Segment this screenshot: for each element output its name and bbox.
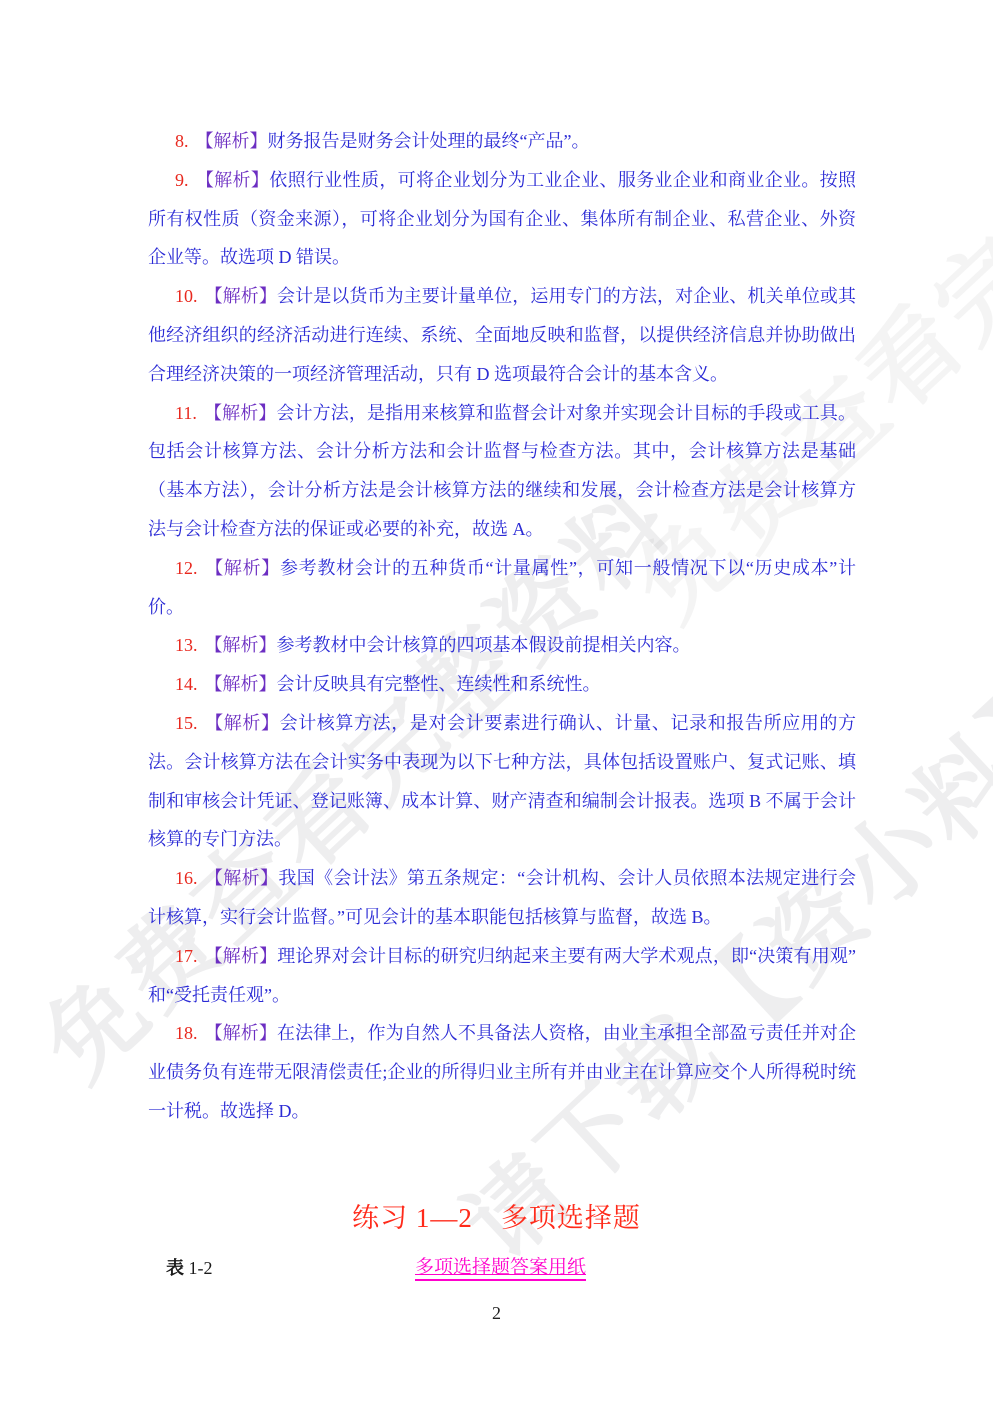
analysis-text: 会计核算方法，是对会计要素进行确认、计量、记录和报告所应用的方法。会计核算方法在… bbox=[148, 713, 856, 849]
item-number: 11. bbox=[175, 403, 197, 423]
analysis-label: 【解析】 bbox=[205, 674, 277, 694]
item-number: 14. bbox=[175, 674, 198, 694]
item-number: 15. bbox=[175, 713, 198, 733]
analysis-label: 【解析】 bbox=[205, 635, 277, 655]
page-number: 2 bbox=[0, 1303, 993, 1324]
item-number: 18. bbox=[175, 1023, 198, 1043]
analysis-label: 【解析】 bbox=[205, 868, 279, 888]
table-caption-row: 表 1-2 多项选择题答案用纸 bbox=[148, 1252, 853, 1282]
analysis-label: 【解析】 bbox=[196, 131, 268, 151]
document-page: 免费查看完整资料 请下载【资小料】APP 免费查看完整资料 8.【解析】财务报告… bbox=[0, 0, 993, 1404]
analysis-list: 8.【解析】财务报告是财务会计处理的最终“产品”。 9.【解析】依照行业性质，可… bbox=[148, 122, 856, 1131]
item-number: 8. bbox=[175, 131, 189, 151]
analysis-item-10: 10.【解析】会计是以货币为主要计量单位，运用专门的方法，对企业、机关单位或其他… bbox=[148, 277, 856, 393]
item-number: 16. bbox=[175, 868, 198, 888]
analysis-item-11: 11.【解析】会计方法，是指用来核算和监督会计对象并实现会计目标的手段或工具。包… bbox=[148, 394, 856, 549]
analysis-label: 【解析】 bbox=[205, 1023, 278, 1043]
analysis-label: 【解析】 bbox=[204, 403, 277, 423]
analysis-item-16: 16.【解析】我国《会计法》第五条规定：“会计机构、会计人员依照本法规定进行会计… bbox=[148, 859, 856, 937]
item-number: 9. bbox=[175, 170, 189, 190]
analysis-item-13: 13.【解析】参考教材中会计核算的四项基本假设前提相关内容。 bbox=[148, 626, 856, 665]
item-number: 10. bbox=[175, 286, 198, 306]
section-heading: 练习 1—2 多项选择题 bbox=[0, 1196, 993, 1235]
analysis-label: 【解析】 bbox=[205, 713, 280, 733]
item-number: 13. bbox=[175, 635, 198, 655]
answer-sheet-link[interactable]: 多项选择题答案用纸 bbox=[415, 1257, 586, 1281]
analysis-item-18: 18.【解析】在法律上，作为自然人不具备法人资格，由业主承担全部盈亏责任并对企业… bbox=[148, 1014, 856, 1130]
item-number: 12. bbox=[175, 558, 198, 578]
analysis-item-17: 17.【解析】理论界对会计目标的研究归纳起来主要有两大学术观点，即“决策有用观”… bbox=[148, 937, 856, 1015]
analysis-text: 会计方法，是指用来核算和监督会计对象并实现会计目标的手段或工具。包括会计核算方法… bbox=[148, 403, 856, 539]
item-number: 17. bbox=[175, 946, 198, 966]
analysis-item-9: 9.【解析】依照行业性质，可将企业划分为工业企业、服务业企业和商业企业。按照所有… bbox=[148, 161, 856, 277]
analysis-item-15: 15.【解析】会计核算方法，是对会计要素进行确认、计量、记录和报告所应用的方法。… bbox=[148, 704, 856, 859]
analysis-item-8: 8.【解析】财务报告是财务会计处理的最终“产品”。 bbox=[148, 122, 856, 161]
analysis-label: 【解析】 bbox=[196, 170, 270, 190]
analysis-item-14: 14.【解析】会计反映具有完整性、连续性和系统性。 bbox=[148, 665, 856, 704]
analysis-text: 财务报告是财务会计处理的最终“产品”。 bbox=[268, 131, 590, 151]
answer-sheet-link-wrap: 多项选择题答案用纸 bbox=[148, 1252, 853, 1279]
analysis-text: 会计反映具有完整性、连续性和系统性。 bbox=[277, 674, 601, 694]
analysis-item-12: 12.【解析】参考教材会计的五种货币“计量属性”，可知一般情况下以“历史成本”计… bbox=[148, 549, 856, 627]
analysis-label: 【解析】 bbox=[205, 558, 280, 578]
analysis-label: 【解析】 bbox=[205, 946, 278, 966]
analysis-label: 【解析】 bbox=[205, 286, 278, 306]
analysis-text: 参考教材中会计核算的四项基本假设前提相关内容。 bbox=[277, 635, 691, 655]
